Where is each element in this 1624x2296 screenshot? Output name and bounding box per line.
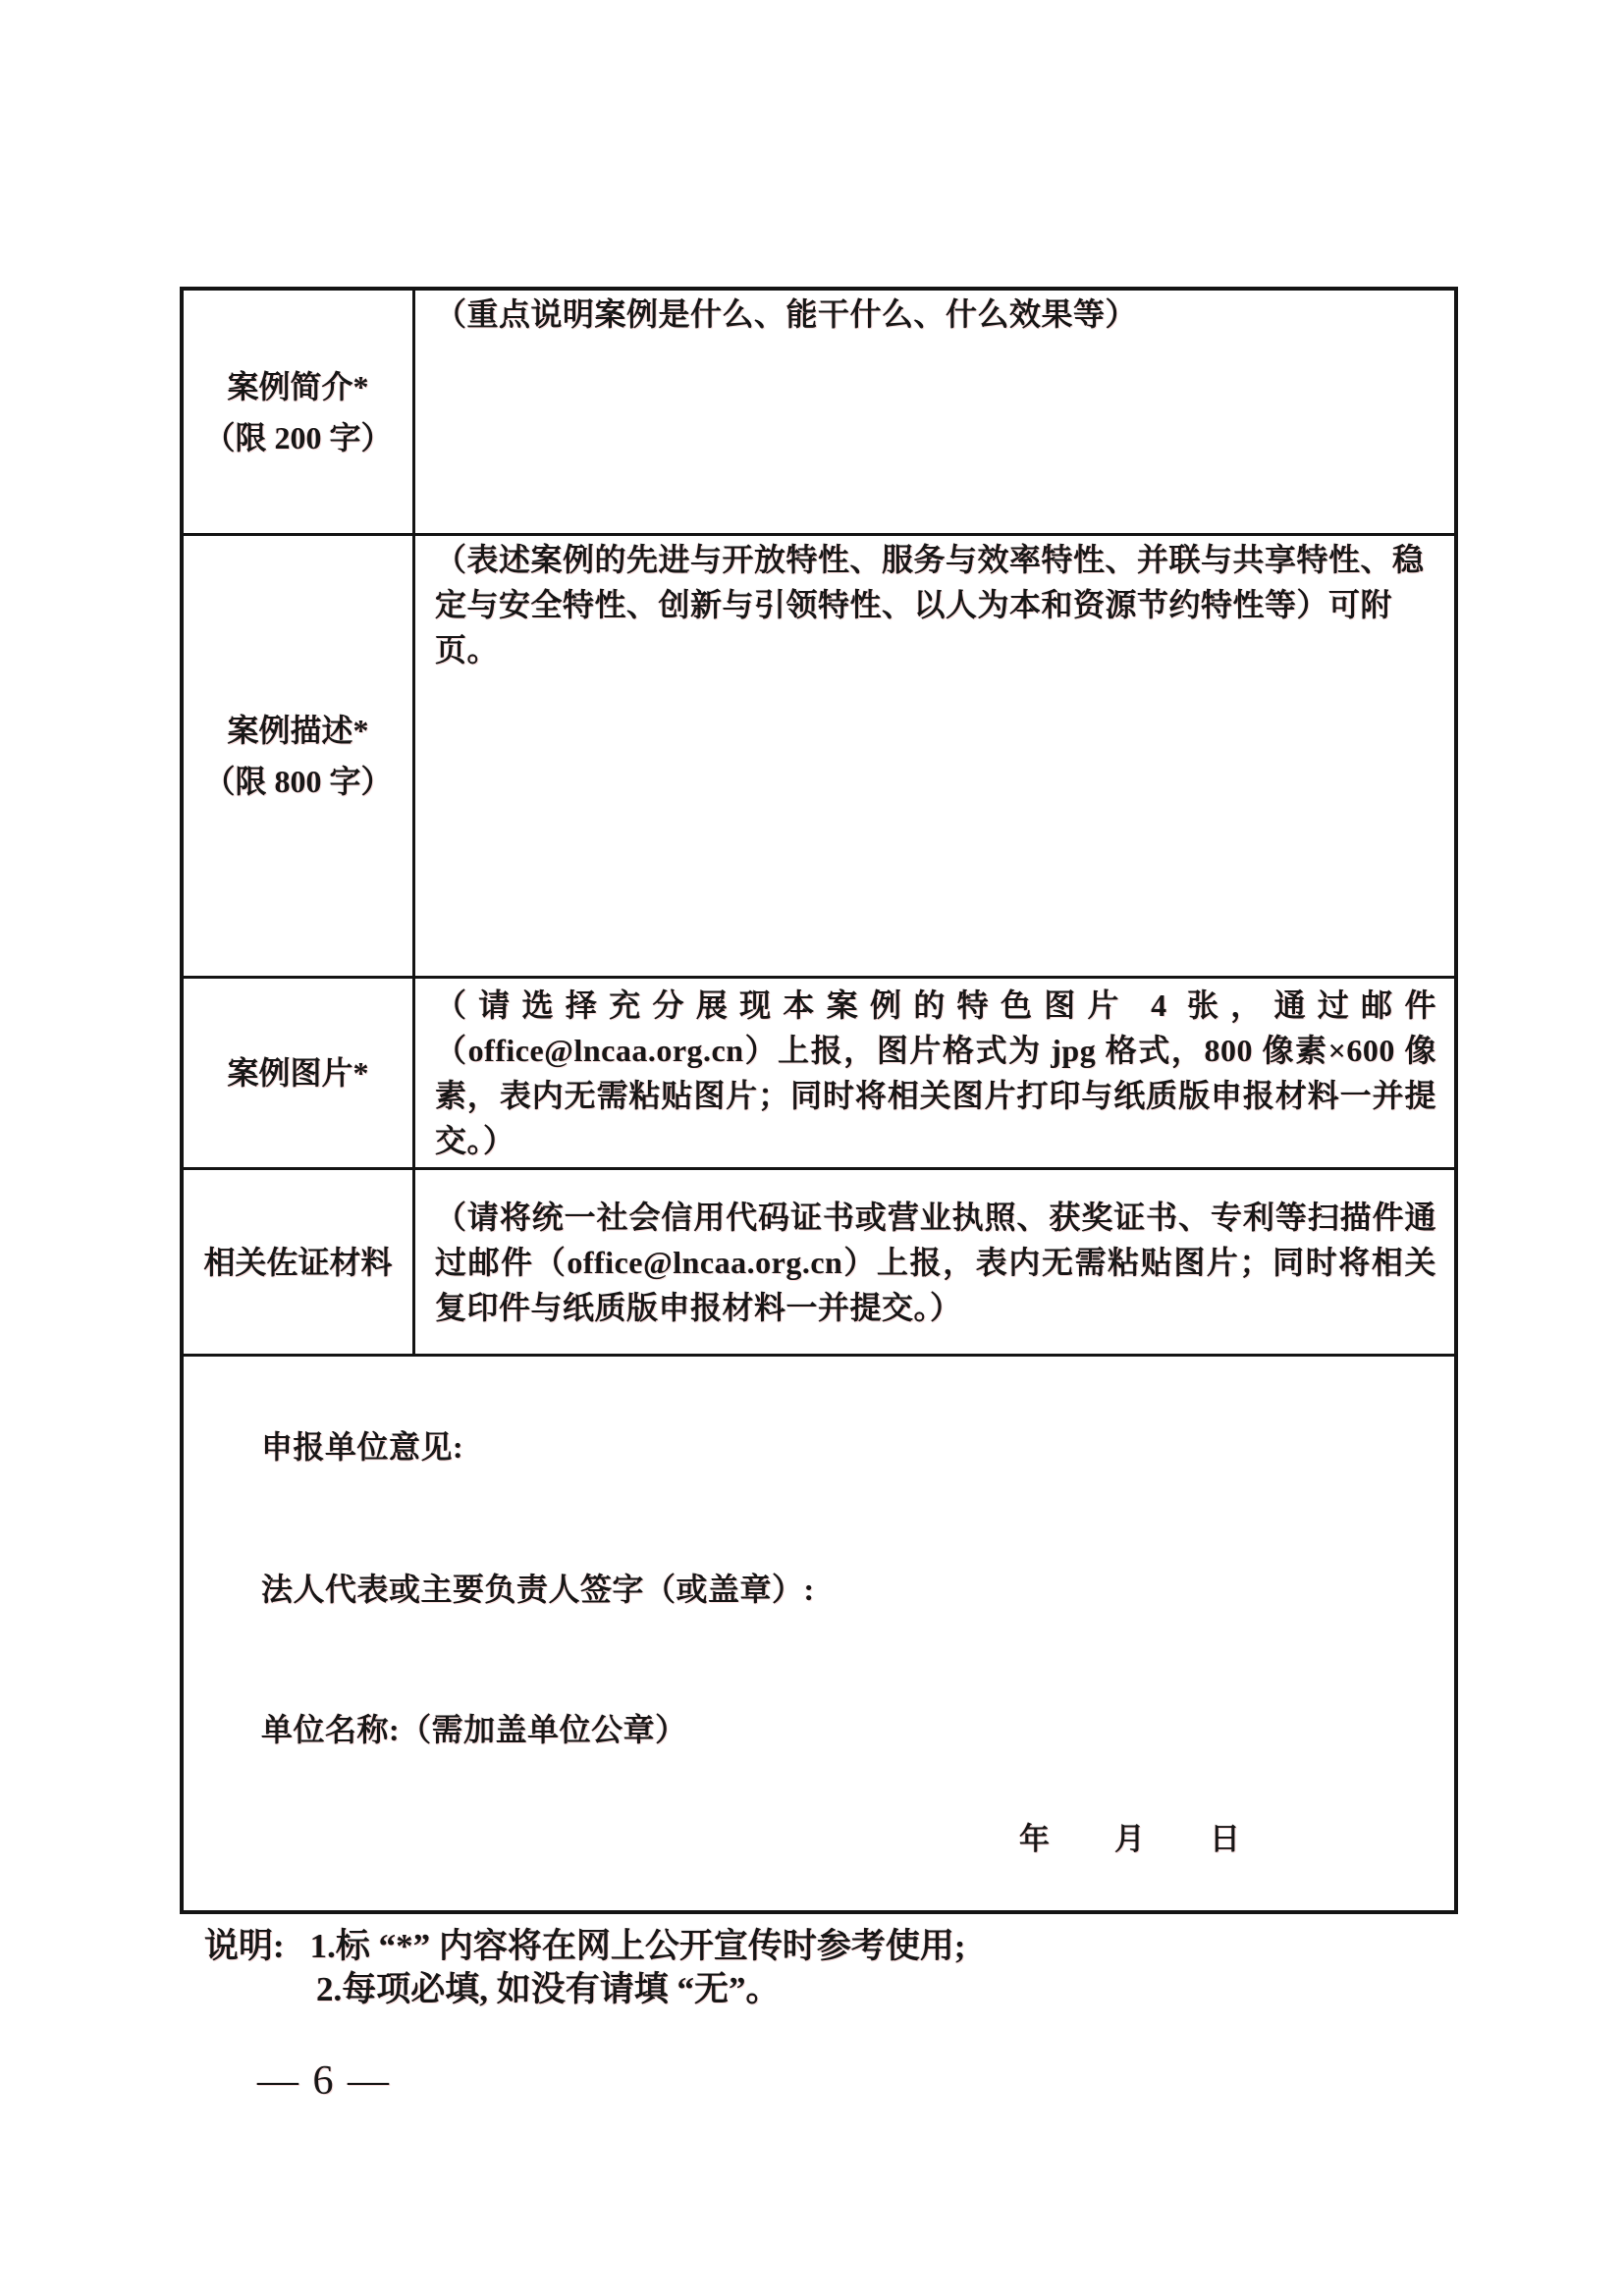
row-label-limit: （限 200 字） (203, 412, 392, 463)
signature-label: 法人代表或主要负责人签字（或盖章）: (261, 1567, 815, 1612)
table-row-supporting-materials: 相关佐证材料 （请将统一社会信用代码证书或营业执照、获奖证书、专利等扫描件通过邮… (184, 1170, 1454, 1357)
row-content-cell: （重点说明案例是什么、能干什么、什么效果等） (415, 291, 1454, 533)
row-content-cell: （表述案例的先进与开放特性、服务与效率特性、并联与共享特性、稳定与安全特性、创新… (415, 536, 1454, 976)
row-label: 相关佐证材料 (203, 1237, 392, 1288)
row-label-cell: 案例图片* (184, 979, 415, 1167)
row-label: 案例图片* (227, 1047, 368, 1098)
document-page: 案例简介* （限 200 字） （重点说明案例是什么、能干什么、什么效果等） 案… (0, 0, 1624, 2296)
page-number: — 6 — (257, 2056, 391, 2107)
table-row-case-images: 案例图片* （请选择充分展现本案例的特色图片 4 张，通过邮件（office@l… (184, 979, 1454, 1170)
date-year-label: 年 (1019, 1822, 1050, 1856)
notes-prefix: 说明: (204, 1925, 285, 1968)
row-label-cell: 案例描述* （限 800 字） (184, 536, 415, 976)
row-content-cell: （请将统一社会信用代码证书或营业执照、获奖证书、专利等扫描件通过邮件（offic… (415, 1170, 1454, 1354)
row-content-text: （重点说明案例是什么、能干什么、什么效果等） (435, 292, 1436, 337)
row-content-text: （请选择充分展现本案例的特色图片 4 张，通过邮件（office@lncaa.o… (435, 983, 1436, 1163)
opinion-row: 申报单位意见: 法人代表或主要负责人签字（或盖章）: 单位名称:（需加盖单位公章… (184, 1357, 1454, 1910)
table-row-case-intro: 案例简介* （限 200 字） （重点说明案例是什么、能干什么、什么效果等） (184, 291, 1454, 536)
row-label: 案例描述* (227, 705, 368, 756)
row-content-cell: （请选择充分展现本案例的特色图片 4 张，通过邮件（office@lncaa.o… (415, 979, 1454, 1167)
unit-name-label: 单位名称:（需加盖单位公章） (261, 1707, 687, 1752)
notes-line-2: 2.每项必填, 如没有请填 “无”。 (316, 1968, 781, 2011)
date-day-label: 日 (1210, 1822, 1240, 1856)
notes-item-1: 1.标 “*” 内容将在网上公开宣传时参考使用; (310, 1927, 966, 1965)
table-row-case-description: 案例描述* （限 800 字） （表述案例的先进与开放特性、服务与效率特性、并联… (184, 536, 1454, 979)
opinion-label: 申报单位意见: (261, 1424, 463, 1469)
notes-line-1: 说明:1.标 “*” 内容将在网上公开宣传时参考使用; (204, 1925, 966, 1968)
row-label-cell: 案例简介* （限 200 字） (184, 291, 415, 533)
row-label: 案例简介* (227, 361, 368, 412)
row-label-cell: 相关佐证材料 (184, 1170, 415, 1354)
date-line: 年月日 (1019, 1817, 1240, 1862)
row-content-text: （表述案例的先进与开放特性、服务与效率特性、并联与共享特性、稳定与安全特性、创新… (435, 537, 1436, 672)
row-content-text: （请将统一社会信用代码证书或营业执照、获奖证书、专利等扫描件通过邮件（offic… (435, 1195, 1436, 1330)
row-label-limit: （限 800 字） (203, 756, 392, 807)
application-form-table: 案例简介* （限 200 字） （重点说明案例是什么、能干什么、什么效果等） 案… (180, 287, 1458, 1914)
date-month-label: 月 (1114, 1822, 1145, 1856)
